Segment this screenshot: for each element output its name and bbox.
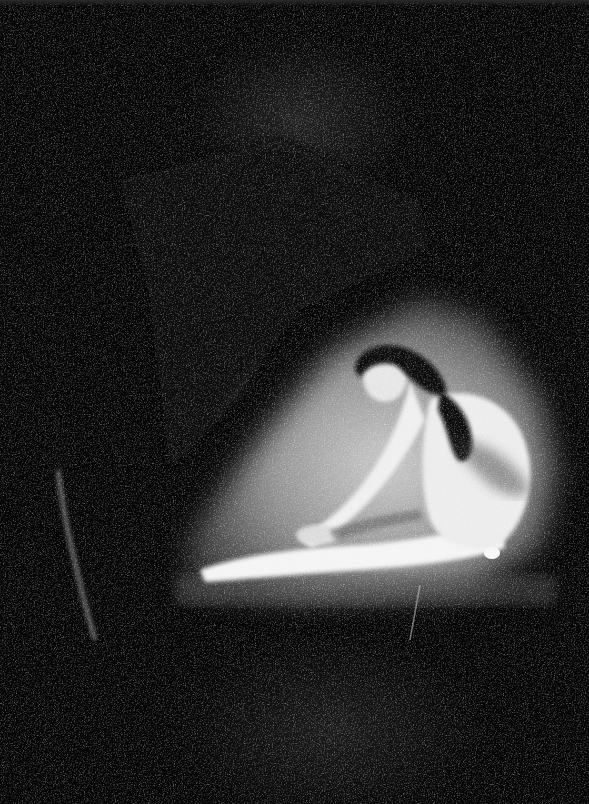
- top-border: [0, 0, 589, 6]
- photo-scene: [0, 0, 589, 804]
- photograph: [0, 0, 589, 804]
- floor: [175, 575, 555, 640]
- pole: [58, 470, 95, 640]
